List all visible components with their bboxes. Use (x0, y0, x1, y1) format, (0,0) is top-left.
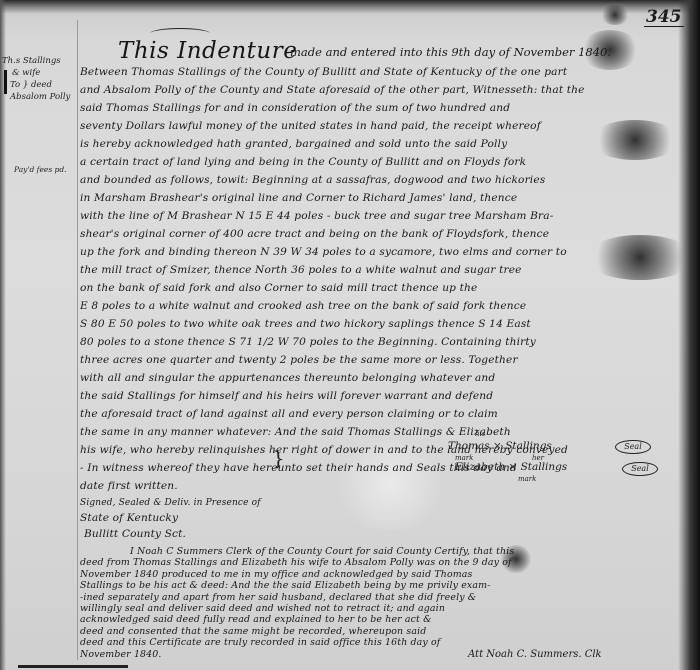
page-top-edge-shadow (0, 0, 700, 14)
margin-rule (77, 20, 78, 660)
signer-last-name: Stallings (521, 461, 568, 473)
deed-line: the said Stallings for himself and his h… (80, 390, 695, 402)
title-continuation: made and entered into this 9th day of No… (290, 45, 611, 59)
certificate-line: -ined separately and apart from her said… (80, 592, 695, 603)
certificate-line: deed from Thomas Stallings and Elizabeth… (80, 557, 695, 568)
deed-line: with the line of M Brashear N 15 E 44 po… (80, 210, 695, 222)
deed-line: - In witness whereof they have hereunto … (80, 462, 695, 474)
page-left-edge-shadow (0, 0, 6, 670)
certificate-line: November 1840. (80, 649, 695, 660)
deed-page: 345 Th.s Stallings & wife To } deed Absa… (0, 0, 700, 670)
deed-line: with all and singular the appurtenances … (80, 372, 695, 384)
deed-line: three acres one quarter and twenty 2 pol… (80, 354, 695, 366)
clerk-signature: Att Noah C. Summers. Clk (468, 649, 602, 660)
margin-bar (4, 70, 7, 94)
seal-elizabeth: Seal (622, 462, 658, 476)
deed-line: S 80 E 50 poles to two white oak trees a… (80, 318, 695, 330)
margin-note: & wife (12, 68, 86, 79)
deed-line: the aforesaid tract of land against all … (80, 408, 695, 420)
deed-line: Between Thomas Stallings of the County o… (80, 66, 695, 78)
deed-line: E 8 poles to a white walnut and crooked … (80, 300, 695, 312)
margin-note: Pay'd fees pd. (14, 164, 88, 175)
margin-note: To } deed (10, 80, 84, 91)
deed-line: seventy Dollars lawful money of the unit… (80, 120, 695, 132)
certificate-line: deed and consented that the same might b… (80, 626, 695, 637)
certificate-line: deed and this Certificate are truly reco… (80, 637, 695, 648)
signer-first-name: Thomas (448, 440, 490, 452)
mark-x: × (493, 440, 505, 452)
deed-line: is hereby acknowledged hath granted, bar… (80, 138, 695, 150)
deed-line: the same in any manner whatever: And the… (80, 426, 695, 438)
bottom-rule (18, 665, 128, 668)
mark-label-mark: mark (518, 475, 536, 483)
deed-line: said Thomas Stallings for and in conside… (80, 102, 695, 114)
deed-line: and Absalom Polly of the County and Stat… (80, 84, 695, 96)
signer-last-name: Stallings (505, 440, 552, 452)
attestation-brace: } (272, 446, 285, 470)
certificate-state: State of Kentucky (80, 512, 300, 524)
signature-elizabeth: Elizabeth × Stallings (455, 461, 567, 473)
deed-line: up the fork and binding thereon N 39 W 3… (80, 246, 695, 258)
deed-line: and bounded as follows, towit: Beginning… (80, 174, 695, 186)
mark-label-his: his (475, 430, 485, 438)
deed-line: a certain tract of land lying and being … (80, 156, 695, 168)
certificate-line: Stallings to be his act & deed: And the … (80, 580, 695, 591)
certificate-line: willingly seal and deliver said deed and… (80, 603, 695, 614)
page-number: 345 (644, 8, 684, 27)
document-title: This Indenture (118, 38, 297, 64)
certificate-county: Bullitt County Sct. (84, 528, 304, 540)
certificate-line: acknowledged said deed fully read and ex… (80, 614, 695, 625)
deed-line: on the bank of said fork and also Corner… (80, 282, 695, 294)
deed-line: shear's original corner of 400 acre trac… (80, 228, 695, 240)
signature-thomas: Thomas × Stallings (448, 440, 552, 452)
margin-note: Th.s Stallings (2, 56, 76, 67)
certificate-line: November 1840 produced to me in my offic… (80, 569, 695, 580)
deed-line: 80 poles to a stone thence S 71 1/2 W 70… (80, 336, 695, 348)
attestation-line: Signed, Sealed & Deliv. in Presence of (80, 498, 280, 508)
margin-note: Absalom Polly (10, 92, 84, 103)
certificate-line: I Noah C Summers Clerk of the County Cou… (130, 546, 685, 557)
signer-first-name: Elizabeth (455, 461, 505, 473)
deed-line: his wife, who hereby relinquishes her ri… (80, 444, 695, 456)
ink-stain (600, 5, 630, 25)
mark-x: × (508, 461, 520, 473)
seal-thomas: Seal (615, 440, 651, 454)
deed-line: the mill tract of Smizer, thence North 3… (80, 264, 695, 276)
deed-line: date first written. (80, 480, 695, 492)
deed-line: in Marsham Brashear's original line and … (80, 192, 695, 204)
